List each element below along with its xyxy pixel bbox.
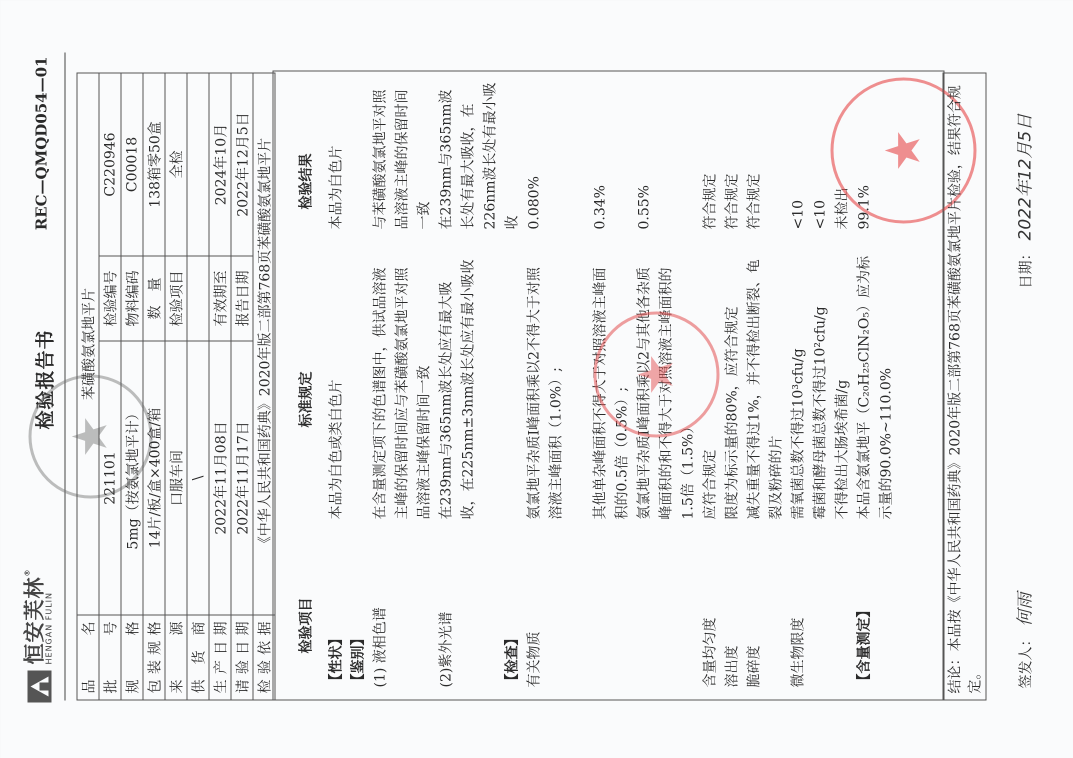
- info-row: 规 格 5mg（按氨氯地平计） 物料编码 C00018: [121, 73, 143, 700]
- row-result: 0.55%: [633, 79, 655, 229]
- signed-date: 2022年12月5日: [1015, 113, 1035, 240]
- row-result: 符合规定: [743, 79, 765, 229]
- row-item: 【性状】: [325, 517, 345, 687]
- row-item: 脆碎度: [743, 517, 763, 687]
- production-date-label: 生产日期: [209, 615, 231, 700]
- row-standard: 氨氯地平杂质I峰面积乘以2与其他各杂质峰面积的和不得大于对照溶液主峰面积的1.5…: [633, 254, 699, 519]
- package-label: 包装规格: [143, 615, 165, 700]
- quantity-value: 138箱零50盒: [143, 73, 165, 256]
- signer-signature: 何雨: [1015, 592, 1035, 626]
- row-result: 在239nm与365nm波长处有最大吸收，在226nm波长处有最小吸收: [435, 79, 523, 229]
- row-standard: 本品含氨氯地平（C₂₀H₂₅ClN₂O₅）应为标示量的90.0%~110.0%: [853, 254, 897, 519]
- row-item: 【检查】: [501, 517, 521, 687]
- date-label: 日期：: [1018, 246, 1034, 288]
- report-date-value: 2022年12月5日: [231, 73, 253, 256]
- row-result: 99.1%: [853, 79, 875, 229]
- info-row: 请验日期 2022年11月17日 报告日期 2022年12月5日: [231, 73, 253, 700]
- row-standard: 霉菌和酵母菌总数不得过10²cfu/g: [809, 254, 831, 519]
- row-standard: 应符合规定: [699, 254, 721, 519]
- column-header-item: 检验项目: [295, 597, 315, 653]
- row-standard: 需氧菌总数不得过10³cfu/g: [787, 254, 809, 519]
- column-header-standard: 标准规定: [295, 371, 315, 427]
- signer-block: 签发人：何雨: [1010, 592, 1035, 688]
- row-item: (2)紫外光谱: [435, 517, 455, 687]
- batch-label: 批 号: [99, 615, 121, 700]
- row-item: 溶出度: [721, 517, 741, 687]
- column-header-result: 检验结果: [295, 153, 315, 209]
- expiry-value: 2024年10月: [209, 73, 231, 256]
- batch-value: 221101: [99, 341, 121, 615]
- product-name-value: 苯磺酸氨氯地平片: [77, 73, 99, 615]
- expiry-label: 有效期至: [209, 256, 231, 341]
- inspect-item-value: 全检: [165, 73, 187, 256]
- row-result: <10: [809, 79, 831, 229]
- product-info-table: 品 名 苯磺酸氨氯地平片 批 号 221101 检验编号 C220946 规 格…: [76, 72, 275, 700]
- quantity-label: 数 量: [143, 256, 165, 341]
- info-row: 来 源 口服车间 检验项目 全检: [165, 73, 187, 700]
- request-date-value: 2022年11月17日: [231, 341, 253, 615]
- row-item: 【含量测定】: [853, 517, 873, 687]
- info-row: 品 名 苯磺酸氨氯地平片: [77, 73, 99, 700]
- production-date-value: 2022年11月08日: [209, 341, 231, 615]
- row-standard: 本品为白色或类白色片: [325, 254, 347, 519]
- row-result: 与苯磺酸氨氯地平对照品溶液主峰的保留时间一致: [369, 79, 435, 229]
- results-section: 检验项目 标准规定 检验结果 【性状】本品为白色或类白色片本品为白色片【鉴别】(…: [272, 70, 944, 700]
- info-row: 检验依据 《中华人民共和国药典》2020年版二部第768页苯磺酸氨氯地平片: [253, 73, 275, 700]
- row-result: 0.080%: [523, 79, 545, 229]
- source-value: 口服车间: [165, 341, 187, 615]
- row-item: 有关物质: [523, 517, 543, 687]
- document-code: REC—QMQD054—01: [32, 56, 50, 230]
- info-row: 生产日期 2022年11月08日 有效期至 2024年10月: [209, 73, 231, 700]
- row-standard: 其他单杂峰面积不得大于对照溶液主峰面积的0.5倍（0.5%）;: [589, 254, 633, 519]
- row-result: 符合规定: [721, 79, 743, 229]
- inspect-no-value: C220946: [99, 73, 121, 256]
- row-result: 0.34%: [589, 79, 611, 229]
- info-row: 包装规格 14片/板/盒×400盒/箱 数 量 138箱零50盒: [143, 73, 165, 700]
- basis-value: 《中华人民共和国药典》2020年版二部第768页苯磺酸氨氯地平片: [253, 73, 275, 615]
- source-label: 来 源: [165, 615, 187, 700]
- row-result: 本品为白色片: [325, 79, 347, 229]
- row-result: <10: [787, 79, 809, 229]
- report-date-label: 报告日期: [231, 256, 253, 341]
- package-value: 14片/板/盒×400盒/箱: [143, 341, 165, 615]
- row-standard: 不得检出大肠埃希菌/g: [831, 254, 853, 519]
- row-standard: 氨氯地平杂质I峰面积乘以2不得大于对照溶液主峰面积（1.0%）;: [523, 254, 567, 519]
- row-item: (1) 液相色谱: [369, 517, 389, 687]
- row-result: 未检出: [831, 79, 853, 229]
- row-result: 符合规定: [699, 79, 721, 229]
- spec-label: 规 格: [121, 615, 143, 700]
- row-item: 微生物限度: [787, 517, 807, 687]
- signer-label: 签发人：: [1018, 632, 1034, 688]
- row-item: 含量均匀度: [699, 517, 719, 687]
- inspect-no-label: 检验编号: [99, 256, 121, 341]
- row-standard: 在239nm与365nm波长处应有最大吸收，在225nm±3nm波长处应有最小吸…: [435, 254, 479, 519]
- info-row: 批 号 221101 检验编号 C220946: [99, 73, 121, 700]
- inspection-report-page: 恒安芙林® HENGAN FULIN 检验报告书 REC—QMQD054—01 …: [0, 0, 1073, 758]
- row-standard: 在含量测定项下的色谱图中，供试品溶液主峰的保留时间应与苯磺酸氨氯地平对照品溶液主…: [369, 254, 435, 519]
- basis-label: 检验依据: [253, 615, 275, 700]
- row-standard: 减失重量不得过1%，并不得检出断裂、龟裂及粉碎的片: [743, 254, 787, 519]
- conclusion-box: 结论：本品按《中华人民共和国药典》2020年版二部第768页苯磺酸氨氯地平片检验…: [942, 72, 986, 700]
- inspect-item-label: 检验项目: [165, 256, 187, 341]
- supplier-value: \: [187, 341, 209, 615]
- product-name-label: 品 名: [77, 615, 99, 700]
- info-row: 供货商 \: [187, 73, 209, 700]
- date-block: 日期：2022年12月5日: [1010, 113, 1035, 288]
- supplier-label: 供货商: [187, 615, 209, 700]
- row-item: 【鉴别】: [347, 517, 367, 687]
- request-date-label: 请验日期: [231, 615, 253, 700]
- row-standard: 限度为标示量的80%，应符合规定: [721, 254, 743, 519]
- material-code-value: C00018: [121, 73, 143, 256]
- spec-value: 5mg（按氨氯地平计）: [121, 341, 143, 615]
- material-code-label: 物料编码: [121, 256, 143, 341]
- header-divider: [64, 52, 65, 700]
